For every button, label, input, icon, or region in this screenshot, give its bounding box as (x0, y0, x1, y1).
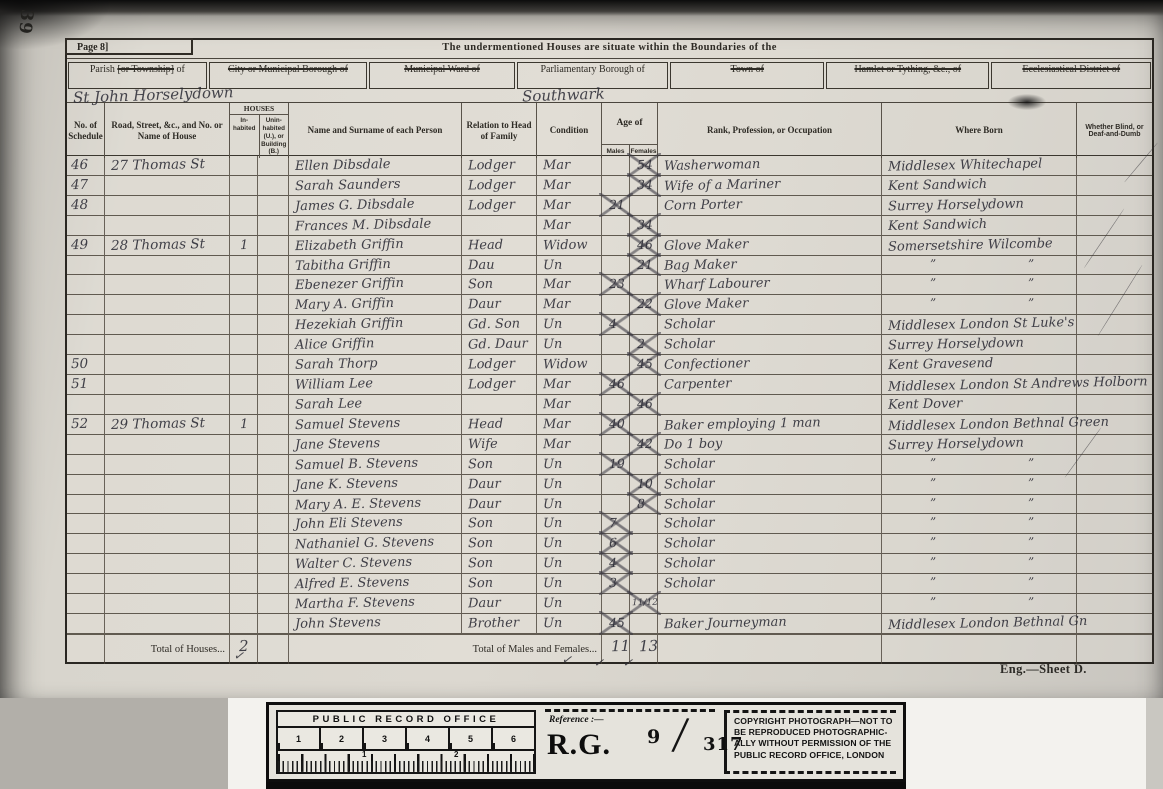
location-field-5: Hamlet or Tything, &c., of (826, 62, 989, 89)
cell-cd: Mar (537, 395, 602, 415)
cell-oc: Glove Maker (658, 295, 882, 315)
ditto-mark: ” (930, 556, 936, 568)
cell-uh (258, 196, 289, 216)
handwritten-entry: Confectioner (664, 357, 750, 372)
cell-am (602, 156, 630, 176)
cell-rl: Son (462, 534, 537, 554)
cell-af (630, 534, 658, 554)
cell-rd (105, 216, 230, 236)
location-field-0: Parish [or Township] ofSt John Horselydo… (68, 62, 207, 89)
cell-am: 19 (602, 455, 630, 475)
ink-smudge (1008, 94, 1046, 110)
handwritten-entry: Carpenter (664, 377, 732, 391)
handwritten-entry: Gd. Daur (468, 338, 528, 352)
table-row: 5229 Thomas St1Samuel StevensHeadMar40Ba… (67, 415, 1152, 435)
cell-oc: Scholar (658, 335, 882, 355)
handwritten-entry: Wife (468, 438, 498, 452)
ditto-mark: ” (1028, 457, 1034, 469)
cell-nm: Jane Stevens (289, 435, 462, 455)
handwritten-entry: Mar (543, 418, 571, 432)
cell-cd: Un (537, 475, 602, 495)
cell-nm: Alice Griffin (289, 335, 462, 355)
handwritten-entry: Scholar (664, 338, 715, 352)
cell-rl: Head (462, 236, 537, 256)
handwritten-entry: 6 (609, 537, 617, 550)
cell-s: 46 (67, 156, 105, 176)
handwritten-entry: 34 (637, 219, 653, 232)
cell-af (630, 554, 658, 574)
totals-blank (67, 635, 105, 664)
inch-label: 4 (407, 728, 450, 749)
cell-ih (230, 315, 258, 335)
handwritten-entry: Surrey Horselydown (888, 337, 1024, 353)
handwritten-entry: 48 (71, 199, 88, 213)
ditto-mark: ” (1028, 497, 1034, 509)
handwritten-entry: Kent Sandwich (888, 178, 987, 193)
handwritten-entry: Sarah Saunders (295, 178, 401, 193)
cell-nm: Sarah Lee (289, 395, 462, 415)
handwritten-entry: 29 Thomas St (111, 417, 205, 432)
inch-label: 6 (493, 728, 534, 749)
handwritten-entry: Middlesex London Bethnal Gn (888, 615, 1088, 632)
cell-s (67, 455, 105, 475)
handwritten-entry: Un (543, 597, 563, 610)
cell-cd: Un (537, 534, 602, 554)
handwritten-entry: 49 (71, 238, 88, 252)
table-row: 51William LeeLodgerMar46CarpenterMiddles… (67, 375, 1152, 395)
cell-am: 21 (602, 196, 630, 216)
ditto-mark: ” (930, 516, 936, 528)
cell-nm: Sarah Thorp (289, 355, 462, 375)
cell-af: 42 (630, 435, 658, 455)
cell-nm: John Eli Stevens (289, 514, 462, 534)
cell-oc (658, 594, 882, 614)
stamp-office-title: PUBLIC RECORD OFFICE (278, 712, 534, 728)
cell-am (602, 236, 630, 256)
cell-bl (1077, 176, 1152, 196)
handwritten-entry: 52 (71, 418, 88, 432)
handwritten-entry: Un (543, 577, 563, 590)
handwritten-entry: Martha F. Stevens (295, 596, 415, 612)
handwritten-entry: 22 (637, 298, 653, 311)
cell-rl: Lodger (462, 355, 537, 375)
cell-ih (230, 156, 258, 176)
cell-rl: Son (462, 275, 537, 295)
handwritten-entry: 10 (637, 477, 653, 490)
cell-s: 52 (67, 415, 105, 435)
ditto-mark: ” (930, 497, 936, 509)
handwritten-entry: Tabitha Griffin (295, 258, 391, 273)
cell-rl: Son (462, 514, 537, 534)
handwritten-entry: Scholar (664, 557, 715, 571)
folio-number: 39 (13, 8, 36, 44)
col-header-age: Age of Males Females (602, 103, 658, 158)
location-field-label: Town of (731, 64, 764, 75)
cell-bn: Somersetshire Wilcombe (882, 236, 1077, 256)
cell-bn: ”” (882, 495, 1077, 515)
cell-ih: 1 (230, 236, 258, 256)
handwritten-entry: Somersetshire Wilcombe (888, 237, 1053, 253)
cell-rl (462, 216, 537, 236)
cell-bn: Kent Sandwich (882, 176, 1077, 196)
handwritten-entry: 23 (609, 278, 625, 291)
ruler-inches: 123456 (278, 728, 534, 751)
cell-rd (105, 196, 230, 216)
cell-rd (105, 514, 230, 534)
cell-uh (258, 216, 289, 236)
handwritten-entry: 2 (637, 338, 645, 351)
cell-oc: Wharf Labourer (658, 275, 882, 295)
cell-oc: Wife of a Mariner (658, 176, 882, 196)
cell-cd: Widow (537, 236, 602, 256)
handwritten-entry: Alice Griffin (295, 337, 375, 352)
table-row: 4928 Thomas St1Elizabeth GriffinHeadWido… (67, 236, 1152, 256)
cell-uh (258, 236, 289, 256)
cell-cd: Un (537, 495, 602, 515)
cell-bl (1077, 315, 1152, 335)
cell-bn: Kent Gravesend (882, 355, 1077, 375)
cell-am: 3 (602, 574, 630, 594)
cell-ih (230, 574, 258, 594)
table-row: John StevensBrotherUn45Baker JourneymanM… (67, 614, 1152, 634)
handwritten-entry: 27 Thomas St (111, 158, 205, 173)
cell-cd: Un (537, 554, 602, 574)
cell-bl (1077, 475, 1152, 495)
photo-margin-band: PUBLIC RECORD OFFICE 123456 1 2 Referenc… (0, 698, 1163, 789)
cell-rd (105, 315, 230, 335)
table-row: Ebenezer GriffinSonMar23Wharf Labourer”” (67, 275, 1152, 295)
handwritten-entry: Dau (468, 258, 495, 272)
cell-nm: Mary A. Griffin (289, 295, 462, 315)
cell-bl (1077, 295, 1152, 315)
location-field-label: Parliamentary Borough of (540, 64, 644, 75)
handwritten-entry: Scholar (664, 577, 715, 591)
handwritten-entry: Son (468, 278, 493, 292)
cell-s (67, 534, 105, 554)
ditto-mark: ” (1028, 277, 1034, 289)
table-row: Alfred E. StevensSonUn3Scholar”” (67, 574, 1152, 594)
cell-rl: Son (462, 554, 537, 574)
handwritten-entry: 21 (637, 258, 653, 271)
handwritten-entry: Bag Maker (664, 258, 737, 273)
cell-rd (105, 554, 230, 574)
cell-bn: Surrey Horselydown (882, 435, 1077, 455)
scan-edge-top (0, 0, 1163, 16)
ditto-mark: ” (1028, 516, 1034, 528)
cell-am (602, 335, 630, 355)
inch-label: 5 (450, 728, 493, 749)
cell-oc: Confectioner (658, 355, 882, 375)
location-field-2: Municipal Ward of (369, 62, 515, 89)
inch-label: 3 (364, 728, 407, 749)
cell-cd: Mar (537, 176, 602, 196)
cell-nm: William Lee (289, 375, 462, 395)
ditto-mark: ” (930, 457, 936, 469)
handwritten-entry: Widow (543, 358, 588, 372)
cell-ih (230, 614, 258, 634)
handwritten-entry: Kent Dover (888, 397, 963, 412)
cell-nm: Ebenezer Griffin (289, 275, 462, 295)
total-houses-label: Total of Houses... (105, 635, 230, 664)
cell-cd: Mar (537, 216, 602, 236)
handwritten-entry: Baker employing 1 man (664, 416, 821, 432)
handwritten-entry: Middlesex London Bethnal Green (888, 416, 1109, 434)
cell-oc (658, 216, 882, 236)
cell-bl (1077, 335, 1152, 355)
ditto-mark: ” (930, 277, 936, 289)
cell-s (67, 594, 105, 614)
cell-oc: Glove Maker (658, 236, 882, 256)
handwritten-entry: 3 (609, 577, 617, 590)
reference-slash: / (670, 705, 691, 765)
cell-nm: Samuel Stevens (289, 415, 462, 435)
cell-nm: Jane K. Stevens (289, 475, 462, 495)
handwritten-entry: Scholar (664, 537, 715, 551)
cell-oc: Baker Journeyman (658, 614, 882, 634)
handwritten-entry: Middlesex Whitechapel (888, 157, 1042, 173)
cell-ih (230, 495, 258, 515)
location-field-label: City or (228, 64, 259, 75)
cell-cd: Un (537, 335, 602, 355)
cell-rd: 27 Thomas St (105, 156, 230, 176)
cell-rl: Son (462, 455, 537, 475)
handwritten-entry: Lodger (468, 159, 515, 173)
cell-s (67, 256, 105, 276)
ditto-mark: ” (930, 297, 936, 309)
cell-bl (1077, 614, 1152, 634)
cell-uh (258, 355, 289, 375)
cell-rd (105, 355, 230, 375)
ditto-mark: ” (930, 576, 936, 588)
handwritten-entry: Un (543, 477, 563, 490)
cell-rd (105, 256, 230, 276)
cell-bn: ”” (882, 534, 1077, 554)
reference-label: Reference :— (549, 715, 604, 725)
cell-rl: Brother (462, 614, 537, 634)
cell-am (602, 216, 630, 236)
handwritten-entry: 54 (637, 159, 653, 172)
table-row: 4627 Thomas StEllen DibsdaleLodgerMar54W… (67, 156, 1152, 176)
handwritten-entry: Mar (543, 179, 571, 193)
cell-ih (230, 475, 258, 495)
cell-oc: Carpenter (658, 375, 882, 395)
cell-bn: Surrey Horselydown (882, 196, 1077, 216)
col-header-condition: Condition (537, 103, 602, 158)
handwritten-entry: Son (468, 537, 493, 551)
handwritten-entry: 42 (637, 438, 653, 451)
table-header: No. of Schedule Road, Street, &c., and N… (67, 103, 1152, 156)
handwritten-entry: Jane Stevens (295, 437, 380, 452)
stamp-reference: Reference :— R.G. 9 / 317 (545, 709, 715, 774)
cell-bl (1077, 455, 1152, 475)
cell-ih (230, 554, 258, 574)
cell-s (67, 216, 105, 236)
handwritten-entry: Scholar (664, 477, 715, 491)
handwritten-entry: Un (543, 617, 563, 630)
col-header-road: Road, Street, &c., and No. or Name of Ho… (105, 103, 230, 158)
cm-label: 1 (362, 750, 366, 759)
handwritten-entry: 4 (609, 318, 617, 331)
table-row: Hezekiah GriffinGd. SonUn4ScholarMiddles… (67, 315, 1152, 335)
cell-rl: Lodger (462, 176, 537, 196)
copyright-line: BE REPRODUCED PHOTOGRAPHIC- (734, 727, 896, 738)
cell-uh (258, 315, 289, 335)
handwritten-entry: 21 (609, 199, 625, 212)
cell-bl (1077, 395, 1152, 415)
cell-ih (230, 275, 258, 295)
cell-s (67, 395, 105, 415)
cell-oc: Scholar (658, 495, 882, 515)
handwritten-entry: Glove Maker (664, 238, 749, 253)
copyright-line: COPYRIGHT PHOTOGRAPH—NOT TO (734, 716, 896, 727)
cell-bn: Kent Sandwich (882, 216, 1077, 236)
cell-oc: Baker employing 1 man (658, 415, 882, 435)
cell-rl: Lodger (462, 375, 537, 395)
cell-rd (105, 495, 230, 515)
cell-cd: Un (537, 594, 602, 614)
handwritten-entry: Son (468, 457, 493, 471)
handwritten-entry: Alfred E. Stevens (295, 576, 410, 591)
cell-rl: Gd. Daur (462, 335, 537, 355)
handwritten-entry: Mar (543, 438, 571, 452)
handwritten-entry: Sarah Thorp (295, 357, 378, 372)
table-row: 48James G. DibsdaleLodgerMar21Corn Porte… (67, 196, 1152, 216)
cell-af (630, 514, 658, 534)
cell-bn: ”” (882, 295, 1077, 315)
census-scan-page: 39 Page 8] The undermentioned Houses are… (0, 0, 1163, 789)
ditto-mark: ” (930, 477, 936, 489)
cell-bl (1077, 156, 1152, 176)
handwritten-entry: 8 (637, 497, 645, 510)
cell-cd: Un (537, 256, 602, 276)
cell-bn: ”” (882, 455, 1077, 475)
cell-af: 45 (630, 355, 658, 375)
cell-cd: Mar (537, 275, 602, 295)
handwritten-entry: 19 (609, 458, 625, 471)
col-header-inhabited: In-habited (230, 115, 260, 158)
cell-ih (230, 256, 258, 276)
handwritten-entry: John Stevens (295, 616, 381, 631)
ditto-mark: ” (930, 536, 936, 548)
handwritten-entry: 34 (637, 179, 653, 192)
handwritten-entry: Ellen Dibsdale (295, 158, 391, 173)
cell-ih (230, 335, 258, 355)
col-header-blind: Whether Blind, or Deaf-and-Dumb (1077, 103, 1152, 158)
cell-cd: Un (537, 455, 602, 475)
location-fields: Parish [or Township] ofSt John Horselydo… (67, 59, 1152, 103)
handwritten-entry: Surrey Horselydown (888, 197, 1024, 213)
cell-oc: Bag Maker (658, 256, 882, 276)
cm-label: 2 (454, 750, 458, 759)
handwritten-entry: Son (468, 517, 493, 531)
handwritten-entry: 45 (609, 617, 625, 630)
cell-ih (230, 395, 258, 415)
cell-bl (1077, 196, 1152, 216)
cell-s (67, 435, 105, 455)
cell-s (67, 295, 105, 315)
cell-rl: Gd. Son (462, 315, 537, 335)
cell-bn: ”” (882, 574, 1077, 594)
cell-oc: Scholar (658, 574, 882, 594)
col-header-schedule: No. of Schedule (67, 103, 105, 158)
handwritten-entry: Mar (543, 278, 571, 292)
ditto-mark: ” (930, 258, 936, 270)
table-row: Samuel B. StevensSonUn19Scholar”” (67, 455, 1152, 475)
photo-edge (1146, 698, 1163, 789)
handwritten-entry: Lodger (468, 358, 515, 372)
cell-bl (1077, 534, 1152, 554)
cell-uh (258, 375, 289, 395)
handwritten-entry: 1 (240, 418, 249, 431)
cell-rd (105, 475, 230, 495)
col-header-occupation: Rank, Profession, or Occupation (658, 103, 882, 158)
cell-rd: 28 Thomas St (105, 236, 230, 256)
cell-rd (105, 435, 230, 455)
cell-cd: Mar (537, 156, 602, 176)
handwritten-entry: 45 (637, 358, 653, 371)
cell-af: 8 (630, 495, 658, 515)
cell-am: 4 (602, 315, 630, 335)
census-form: Page 8] The undermentioned Houses are si… (65, 38, 1154, 664)
handwritten-entry: John Eli Stevens (295, 516, 403, 531)
form-top-strip: Page 8] The undermentioned Houses are si… (67, 40, 1152, 59)
cell-rl: Head (462, 415, 537, 435)
handwritten-entry: Daur (468, 597, 501, 611)
cell-bl (1077, 514, 1152, 534)
cell-ih (230, 375, 258, 395)
cell-ih (230, 455, 258, 475)
cell-ih (230, 514, 258, 534)
col-header-uninhabited: Unin-habited (U.), or Building (B.) (260, 115, 289, 158)
cell-uh (258, 176, 289, 196)
cell-bl (1077, 355, 1152, 375)
handwritten-entry: Son (468, 557, 493, 571)
cell-oc: Scholar (658, 554, 882, 574)
handwritten-entry: 40 (609, 418, 625, 431)
handwritten-entry: Mar (543, 378, 571, 392)
cell-nm: John Stevens (289, 614, 462, 634)
cell-uh (258, 295, 289, 315)
totals-blank (258, 635, 289, 664)
handwritten-entry: Elizabeth Griffin (295, 238, 404, 253)
cell-s: 51 (67, 375, 105, 395)
handwritten-entry: Un (543, 458, 563, 471)
handwritten-entry: Washerwoman (664, 158, 761, 173)
cell-ih (230, 355, 258, 375)
cell-bl (1077, 236, 1152, 256)
handwritten-entry: Un (543, 497, 563, 510)
handwritten-entry: Wife of a Mariner (664, 178, 781, 193)
cell-oc (658, 395, 882, 415)
cell-ih (230, 176, 258, 196)
handwritten-entry: 46 (609, 378, 625, 391)
handwritten-entry: Brother (468, 617, 519, 631)
cell-oc: Do 1 boy (658, 435, 882, 455)
cell-cd: Mar (537, 295, 602, 315)
handwritten-entry: Mary A. E. Stevens (295, 496, 421, 512)
cell-nm: Tabitha Griffin (289, 256, 462, 276)
handwritten-entry: James G. Dibsdale (295, 198, 415, 213)
handwritten-entry: 46 (637, 238, 653, 251)
cell-rd (105, 574, 230, 594)
handwritten-entry: Un (543, 338, 563, 351)
handwritten-entry: Glove Maker (664, 298, 749, 313)
handwritten-entry: Daur (468, 298, 501, 312)
handwritten-entry: 4 (609, 557, 617, 570)
handwritten-entry: Un (543, 258, 563, 271)
location-field-4: Town of (670, 62, 824, 89)
location-field-6: Ecclesiastical District of (991, 62, 1151, 89)
